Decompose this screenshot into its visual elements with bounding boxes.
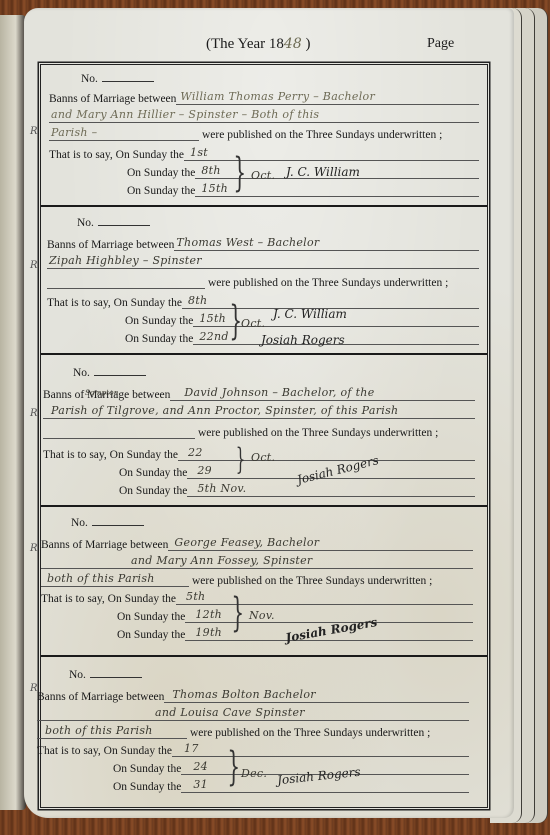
brace: } — [227, 747, 240, 787]
no-label: No. — [71, 517, 88, 529]
sunday-row-3: On Sunday the 15th — [127, 183, 479, 197]
number-blank — [92, 517, 144, 526]
banns-line-3: both of this Parish were published on th… — [37, 725, 469, 739]
sunday-label: On Sunday the — [119, 467, 187, 479]
year-heading: (The Year 1848 ) — [206, 36, 310, 53]
number-blank — [90, 669, 142, 678]
sunday-date: 29 — [197, 464, 212, 477]
groom-name: William Thomas Perry – Bachelor — [180, 90, 375, 103]
previous-page-edge — [0, 15, 26, 810]
published-label: were published on the Three Sundays unde… — [208, 277, 448, 289]
sunday-date: 17 — [184, 742, 199, 755]
no-label: No. — [81, 73, 98, 85]
entry-number: No. — [77, 217, 150, 229]
sunday-row-3: On Sunday the 5th Nov. — [119, 483, 475, 497]
sunday-label: On Sunday the — [119, 485, 187, 497]
banns-line-2: and Louisa Cave Spinster — [37, 707, 469, 721]
month: Nov. — [249, 609, 275, 654]
that-is-label: That is to say, — [37, 745, 101, 757]
sunday-date: 19th — [195, 626, 222, 639]
published-label: were published on the Three Sundays unde… — [198, 427, 438, 439]
banns-line-3: were published on the Three Sundays unde… — [43, 425, 475, 439]
margin-mark: R — [30, 260, 38, 271]
groom-name: George Feasey, Bachelor — [174, 536, 319, 549]
bride-name: and Louisa Cave Spinster — [155, 706, 305, 719]
banns-entry: No. Banns of Marriage between George Fea… — [41, 507, 487, 657]
sunday-label: On Sunday the — [114, 297, 182, 309]
banns-label: Banns of Marriage between — [47, 239, 174, 251]
published-label: were published on the Three Sundays unde… — [192, 575, 432, 587]
banns-line-1: Banns of Marriage between William Thomas… — [49, 91, 479, 105]
sunday-label: On Sunday the — [113, 781, 181, 793]
sunday-date: 8th — [201, 164, 220, 177]
month: Oct. — [251, 451, 275, 504]
groom-name: Thomas West – Bachelor — [176, 236, 319, 249]
sunday-label: On Sunday the — [117, 629, 185, 641]
month: Dec. — [241, 767, 267, 808]
no-label: No. — [69, 669, 86, 681]
sunday-row-1: That is to say, On Sunday the 5th — [41, 591, 473, 605]
year-handwritten: 48 — [284, 36, 302, 52]
banns-line-1: Banns of Marriage between Thomas Bolton … — [37, 689, 469, 703]
banns-line-3: Parish – were published on the Three Sun… — [49, 127, 479, 141]
sunday-date: 22nd — [199, 330, 228, 343]
margin-mark: R — [30, 126, 38, 137]
brace: } — [231, 593, 244, 633]
sunday-row-1: That is to say, On Sunday the 1st — [49, 147, 479, 161]
that-is-label: That is to say, — [41, 593, 105, 605]
sunday-label: On Sunday the — [110, 449, 178, 461]
sunday-row-1: That is to say, On Sunday the 8th — [47, 295, 479, 309]
banns-line-2: Parish of Tilgrove, and Ann Proctor, Spi… — [43, 405, 475, 419]
officiant-signature: Josiah Rogers — [261, 333, 345, 347]
number-blank — [102, 73, 154, 82]
entry-number: No. — [71, 517, 144, 529]
banns-label: Banns of Marriage between — [49, 93, 176, 105]
sunday-date: 31 — [193, 778, 208, 791]
that-is-label: That is to say, — [43, 449, 107, 461]
margin-mark: R — [30, 408, 38, 419]
entry-number: No. — [73, 367, 146, 379]
page-label: Page — [427, 36, 454, 52]
no-label: No. — [77, 217, 94, 229]
sunday-label: On Sunday the — [127, 185, 195, 197]
banns-entry: No. Banns of Marriage between David John… — [41, 355, 487, 507]
sunday-date: 1st — [190, 146, 208, 159]
inserted-word: Sampton — [85, 389, 119, 397]
groom-name: Thomas Bolton Bachelor — [172, 688, 315, 701]
banns-line-1: Banns of Marriage between Thomas West – … — [47, 237, 479, 251]
sunday-label: On Sunday the — [113, 763, 181, 775]
that-is-label: That is to say, — [47, 297, 111, 309]
sunday-date: 5th Nov. — [197, 482, 246, 495]
sunday-label: On Sunday the — [116, 149, 184, 161]
banns-line-3: were published on the Three Sundays unde… — [47, 275, 479, 289]
published-label: were published on the Three Sundays unde… — [202, 129, 442, 141]
page-header: (The Year 1848 ) Page — [24, 36, 514, 58]
entry-number: No. — [81, 73, 154, 85]
sunday-date: 24 — [193, 760, 208, 773]
month: Oct. — [251, 169, 275, 204]
banns-entry: No. Banns of Marriage between Thomas Wes… — [41, 207, 487, 355]
banns-line-3: both of this Parish were published on th… — [41, 573, 473, 587]
number-blank — [94, 367, 146, 376]
banns-entry: No. Banns of Marriage between William Th… — [41, 65, 487, 207]
groom-name: David Johnson – Bachelor, of the — [184, 386, 374, 399]
sunday-row-1: That is to say, On Sunday the 17 — [37, 743, 469, 757]
published-label: were published on the Three Sundays unde… — [190, 727, 430, 739]
bride-name: Zipah Highbley – Spinster — [49, 254, 202, 267]
banns-register-frame: No. Banns of Marriage between William Th… — [40, 64, 488, 808]
no-label: No. — [73, 367, 90, 379]
bride-name: Parish of Tilgrove, and Ann Proctor, Spi… — [51, 404, 398, 417]
number-blank — [98, 217, 150, 226]
banns-label: Banns of Marriage between — [37, 691, 164, 703]
sunday-row-2: On Sunday the 12th — [117, 609, 473, 623]
parish-note: both of this Parish — [47, 572, 155, 585]
parish-note: Parish – — [51, 126, 97, 139]
banns-label: Banns of Marriage between — [41, 539, 168, 551]
year-label: (The Year 18 — [206, 36, 284, 52]
year-close: ) — [305, 36, 310, 52]
sunday-label: On Sunday the — [127, 167, 195, 179]
brace: } — [236, 445, 246, 475]
banns-line-2: and Mary Ann Hillier – Spinster – Both o… — [49, 109, 479, 123]
margin-mark: R — [30, 543, 38, 554]
that-is-label: That is to say, — [49, 149, 113, 161]
banns-line-2: Zipah Highbley – Spinster — [47, 255, 479, 269]
sunday-date: 15th — [201, 182, 228, 195]
sunday-label: On Sunday the — [104, 745, 172, 757]
bride-name: and Mary Ann Fossey, Spinster — [131, 554, 313, 567]
sunday-date: 8th — [188, 294, 207, 307]
parish-note: both of this Parish — [45, 724, 153, 737]
entry-number: No. — [69, 669, 142, 681]
sunday-date: 22 — [188, 446, 203, 459]
sunday-date: 12th — [195, 608, 222, 621]
banns-line-1: Banns of Marriage between George Feasey,… — [41, 537, 473, 551]
banns-line-2: and Mary Ann Fossey, Spinster — [41, 555, 473, 569]
sunday-label: On Sunday the — [125, 315, 193, 327]
brace: } — [233, 153, 246, 193]
sunday-date: 15th — [199, 312, 226, 325]
sunday-label: On Sunday the — [125, 333, 193, 345]
sunday-label: On Sunday the — [117, 611, 185, 623]
sunday-date: 5th — [186, 590, 205, 603]
officiant-signature: J. C. William — [286, 165, 360, 179]
sunday-label: On Sunday the — [108, 593, 176, 605]
register-page: (The Year 1848 ) Page R R R R R No. Bann… — [24, 8, 514, 818]
officiant-signature: J. C. William — [273, 307, 347, 321]
banns-entry: No. Banns of Marriage between Thomas Bol… — [41, 657, 487, 809]
bride-name: and Mary Ann Hillier – Spinster – Both o… — [51, 108, 319, 121]
